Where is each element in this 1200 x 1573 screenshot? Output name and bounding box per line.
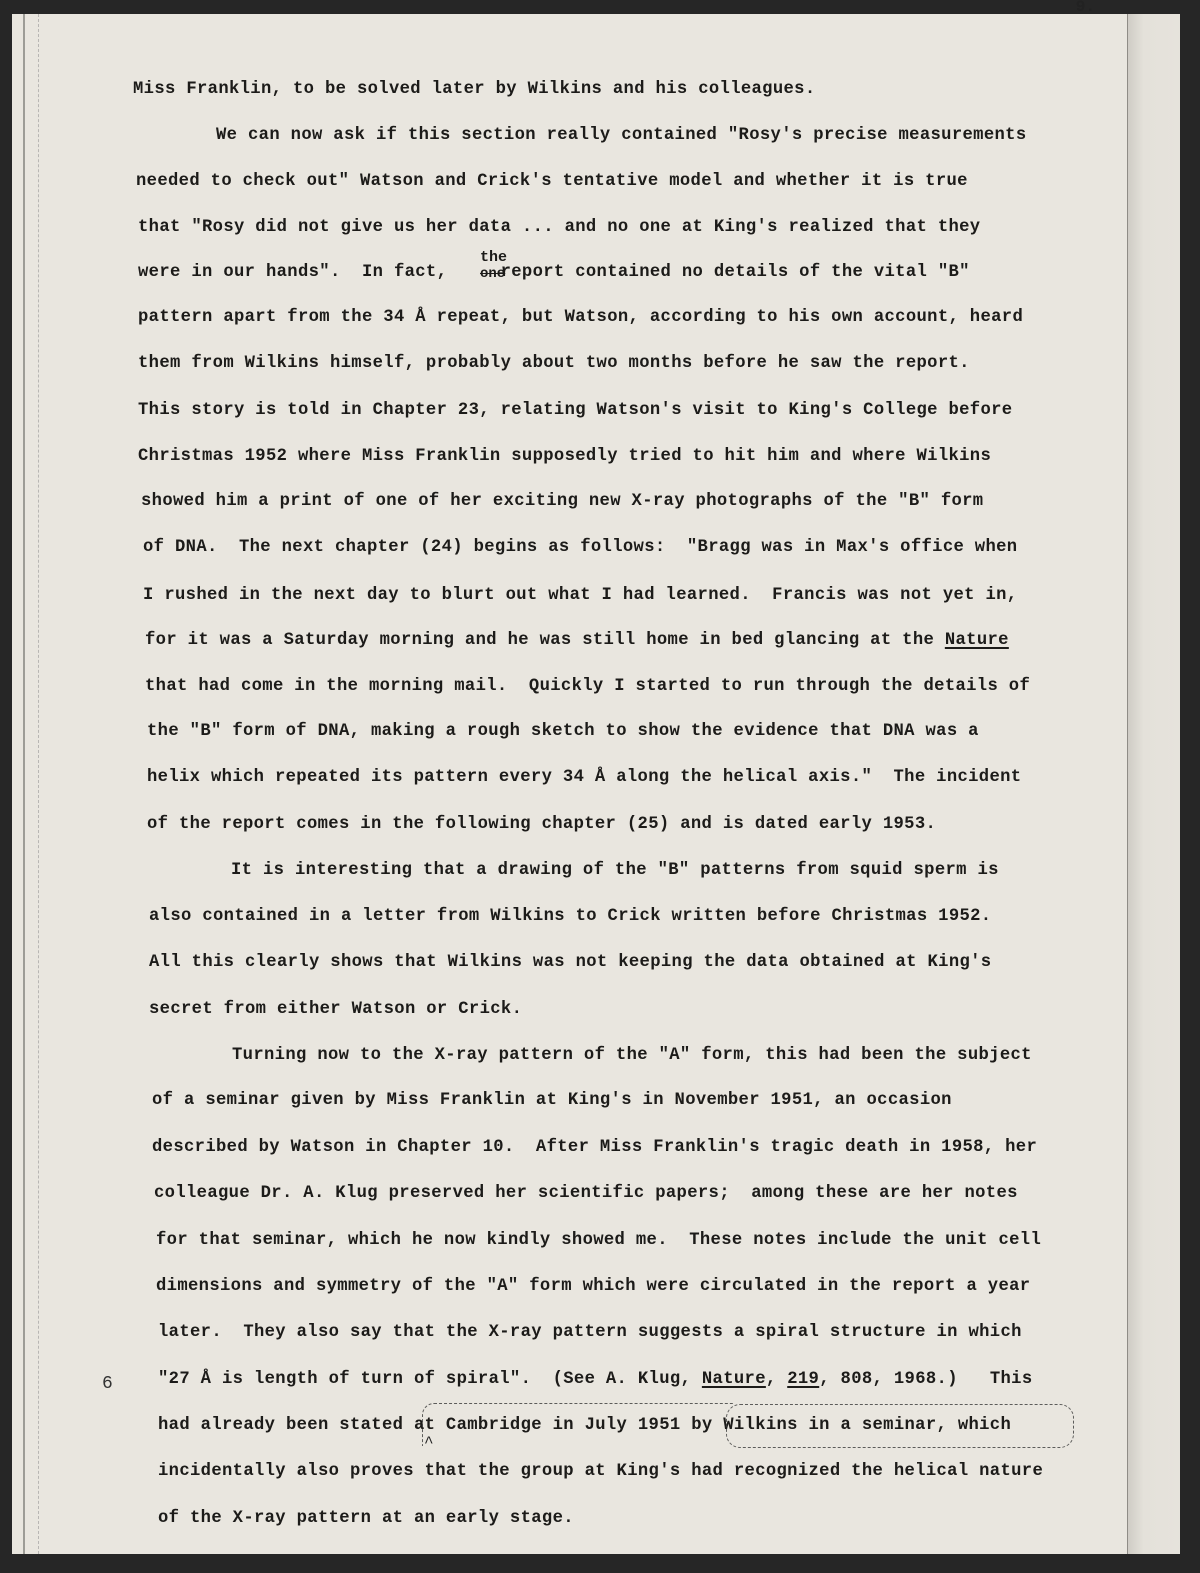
- text-line: for it was a Saturday morning and he was…: [145, 631, 1009, 650]
- page-number: 9.: [1076, 0, 1095, 16]
- comma: ,: [766, 1370, 787, 1389]
- text-line: were in our hands". In fact, report cont…: [138, 263, 970, 282]
- underlined-title: Nature: [945, 631, 1009, 650]
- text-line: All this clearly shows that Wilkins was …: [149, 953, 991, 972]
- insertion-caret: ^: [424, 1434, 434, 1452]
- underlined-journal: Nature: [702, 1370, 766, 1389]
- text-line: "27 Å is length of turn of spiral". (See…: [158, 1370, 1033, 1389]
- text-line: of a seminar given by Miss Franklin at K…: [152, 1091, 952, 1110]
- text-line: of the report comes in the following cha…: [147, 815, 936, 834]
- text-line: that "Rosy did not give us her data ... …: [138, 218, 980, 237]
- inserted-word: the: [480, 249, 507, 266]
- text-line: Miss Franklin, to be solved later by Wil…: [133, 80, 816, 99]
- text-line: the "B" form of DNA, making a rough sket…: [147, 722, 979, 741]
- text-line: described by Watson in Chapter 10. After…: [152, 1138, 1037, 1157]
- text-line: secret from either Watson or Crick.: [149, 1000, 522, 1019]
- text-line: them from Wilkins himself, probably abou…: [138, 354, 970, 373]
- text-line: dimensions and symmetry of the "A" form …: [156, 1277, 1030, 1296]
- text-line: for that seminar, which he now kindly sh…: [156, 1231, 1041, 1250]
- struck-word: one: [480, 266, 505, 282]
- handwritten-circle-mark: [726, 1404, 1074, 1448]
- text-line: showed him a print of one of her excitin…: [141, 492, 983, 511]
- text-line: helix which repeated its pattern every 3…: [147, 768, 1021, 787]
- margin-annotation: 6: [102, 1374, 113, 1394]
- text-line: colleague Dr. A. Klug preserved her scie…: [154, 1184, 1018, 1203]
- underlined-volume: 219: [787, 1370, 819, 1389]
- text-line: This story is told in Chapter 23, relati…: [138, 401, 1012, 420]
- text-line: We can now ask if this section really co…: [216, 126, 1026, 145]
- text-line: of the X-ray pattern at an early stage.: [158, 1509, 574, 1528]
- handwritten-transposition-mark: [422, 1403, 733, 1446]
- text-line: Christmas 1952 where Miss Franklin suppo…: [138, 447, 991, 466]
- text-line: pattern apart from the 34 Å repeat, but …: [138, 308, 1023, 327]
- text-line: I rushed in the next day to blurt out wh…: [143, 586, 1017, 605]
- text-line: needed to check out" Watson and Crick's …: [136, 172, 968, 191]
- text-span: , 808, 1968.) This: [819, 1370, 1032, 1389]
- text-line: also contained in a letter from Wilkins …: [149, 907, 991, 926]
- text-line: later. They also say that the X-ray patt…: [158, 1323, 1022, 1342]
- text-line: incidentally also proves that the group …: [158, 1462, 1043, 1481]
- text-line: of DNA. The next chapter (24) begins as …: [143, 538, 1017, 557]
- typewritten-text: Miss Franklin, to be solved later by Wil…: [0, 0, 1200, 1573]
- text-line: Turning now to the X-ray pattern of the …: [232, 1046, 1032, 1065]
- text-line: that had come in the morning mail. Quick…: [145, 677, 1030, 696]
- text-line: It is interesting that a drawing of the …: [231, 861, 999, 880]
- text-span: for it was a Saturday morning and he was…: [145, 631, 945, 650]
- text-span: "27 Å is length of turn of spiral". (See…: [158, 1370, 702, 1389]
